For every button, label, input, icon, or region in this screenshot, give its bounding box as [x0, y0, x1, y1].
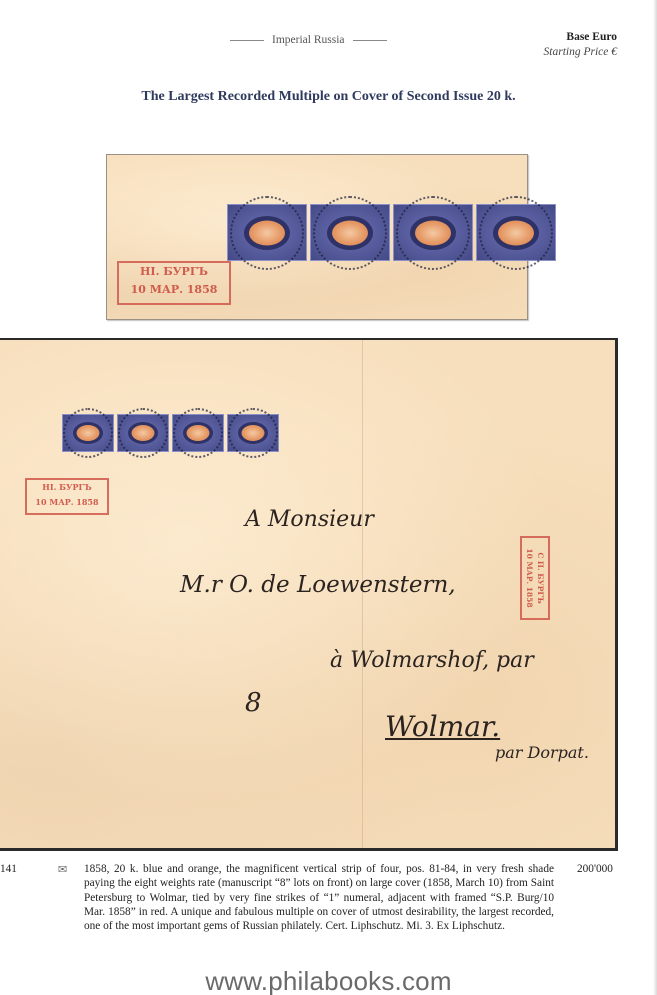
envelope-icon: ✉	[58, 863, 67, 877]
section-title: Imperial Russia	[272, 34, 345, 46]
stamp-strip	[62, 414, 279, 452]
watermark-url: www.philabooks.com	[0, 966, 657, 995]
stamp	[227, 204, 307, 261]
starting-price-label: Starting Price €	[544, 45, 617, 60]
stamp	[62, 414, 114, 452]
address-line: M.r O. de Loewenstern,	[180, 572, 456, 598]
address-line: A Monsieur	[245, 507, 374, 532]
address-line: à Wolmarshof, par	[330, 648, 534, 673]
running-head: Imperial Russia	[230, 34, 387, 46]
stamp-strip	[227, 204, 556, 261]
page-title: The Largest Recorded Multiple on Cover o…	[0, 89, 657, 105]
price-legend: Base Euro Starting Price €	[544, 30, 617, 60]
manuscript-rate: 8	[245, 688, 262, 718]
red-postmark: НІ. БУРГЪ 10 МАР. 1858	[117, 261, 231, 305]
lot-description: 1858, 20 k. blue and orange, the magnifi…	[84, 862, 554, 933]
stamp	[476, 204, 556, 261]
divider	[353, 40, 387, 41]
red-postmark-right: С П. БУРГЪ 10 МАР. 1858	[520, 536, 550, 620]
address-line: Wolmar.	[385, 710, 500, 743]
address-line: par Dorpat.	[495, 743, 589, 762]
page-edge	[653, 0, 657, 995]
stamp	[117, 414, 169, 452]
divider	[230, 40, 264, 41]
red-postmark-left: НІ. БУРГЪ 10 МАР. 1858	[25, 478, 109, 515]
cover-detail-image: НІ. БУРГЪ 10 МАР. 1858	[106, 154, 528, 320]
base-label: Base Euro	[544, 30, 617, 45]
stamp	[172, 414, 224, 452]
lot-price: 200'000	[577, 862, 613, 876]
cover-full-image: НІ. БУРГЪ 10 МАР. 1858 С П. БУРГЪ 10 МАР…	[0, 338, 618, 851]
stamp	[310, 204, 390, 261]
stamp	[227, 414, 279, 452]
stamp	[393, 204, 473, 261]
lot-number: 141	[0, 862, 17, 876]
